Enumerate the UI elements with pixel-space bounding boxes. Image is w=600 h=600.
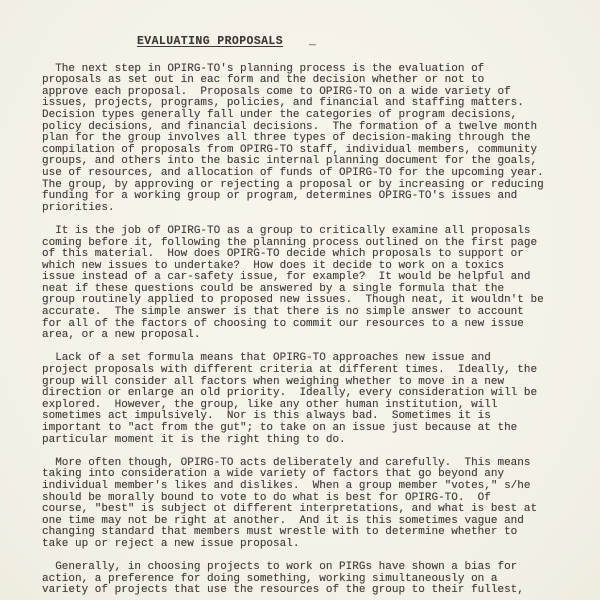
document-title: EVALUATING PROPOSALS bbox=[137, 35, 283, 48]
paragraph-4: More often though, OPIRG-TO acts deliber… bbox=[42, 458, 562, 551]
paragraph-2: It is the job of OPIRG-TO as a group to … bbox=[42, 226, 562, 342]
document-page: EVALUATING PROPOSALS_ The next step in O… bbox=[42, 36, 562, 597]
paragraph-1: The next step in OPIRG-TO's planning pro… bbox=[42, 64, 562, 215]
paragraph-5: Generally, in choosing projects to work … bbox=[42, 562, 562, 597]
title-underscore-mark: _ bbox=[309, 35, 316, 48]
scanned-document: EVALUATING PROPOSALS_ The next step in O… bbox=[0, 0, 600, 600]
paragraph-3: Lack of a set formula means that OPIRG-T… bbox=[42, 353, 562, 446]
document-body: The next step in OPIRG-TO's planning pro… bbox=[42, 64, 562, 597]
document-title-row: EVALUATING PROPOSALS_ bbox=[137, 36, 562, 48]
